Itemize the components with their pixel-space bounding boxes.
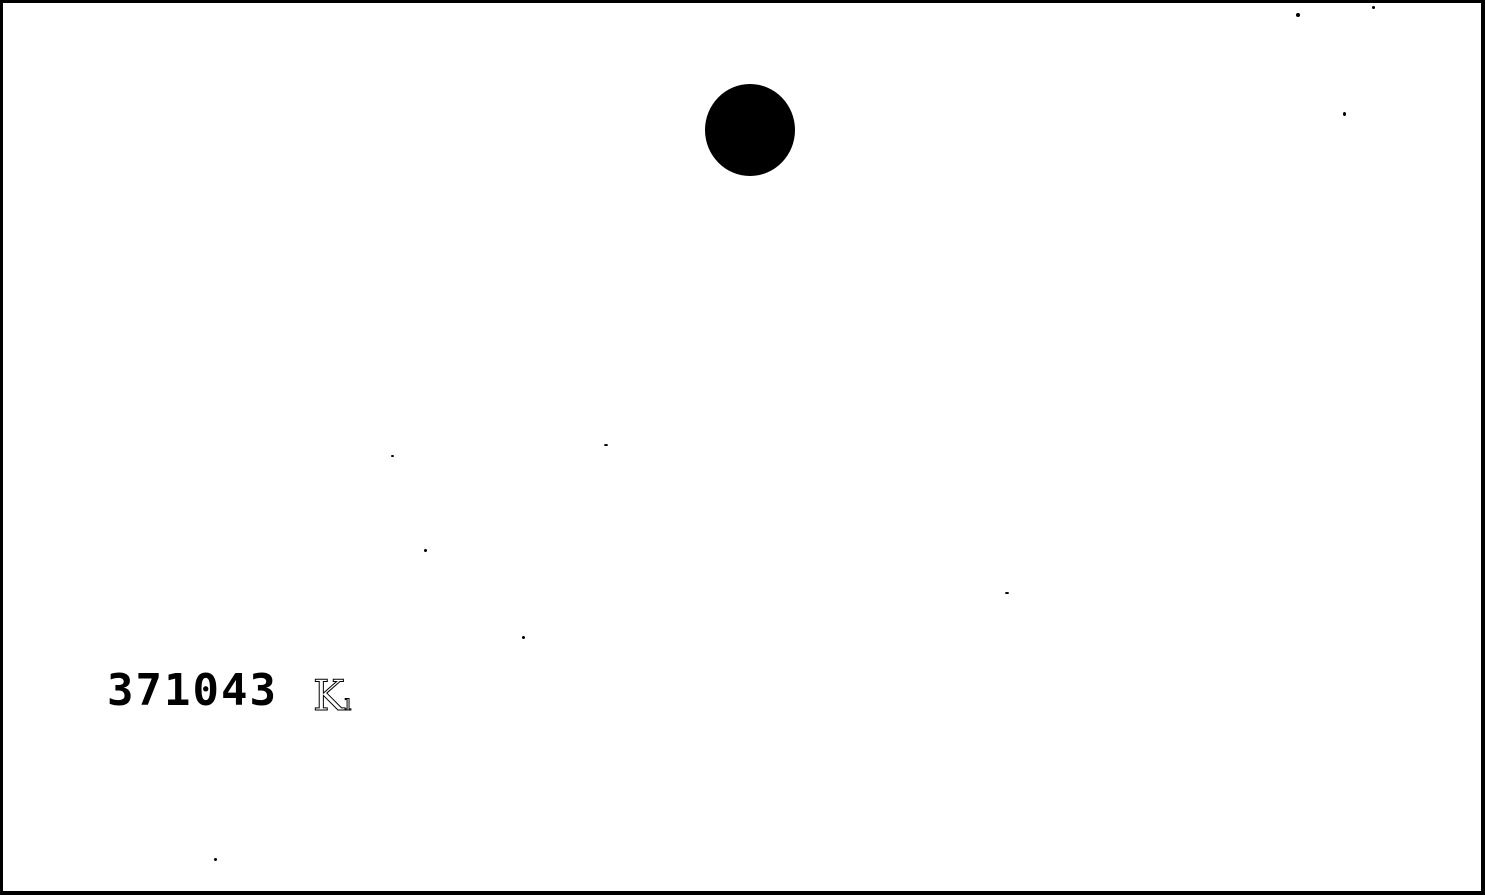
scan-speck: [1005, 592, 1009, 594]
punch-hole-icon: [705, 84, 795, 176]
scan-speck: [424, 549, 427, 552]
scan-speck: [391, 455, 394, 457]
scan-speck: [214, 858, 217, 861]
scan-speck: [604, 444, 608, 446]
card-number: 371043: [107, 665, 278, 716]
handwritten-letter: K: [313, 671, 344, 720]
index-card: 371043 Kı: [3, 3, 1481, 891]
handwritten-annotation: Kı: [313, 671, 351, 720]
handwritten-mark: ı: [344, 691, 351, 716]
scan-speck: [1296, 13, 1300, 17]
scan-speck: [1372, 6, 1375, 9]
scan-speck: [522, 636, 525, 639]
scan-speck: [1343, 112, 1346, 116]
